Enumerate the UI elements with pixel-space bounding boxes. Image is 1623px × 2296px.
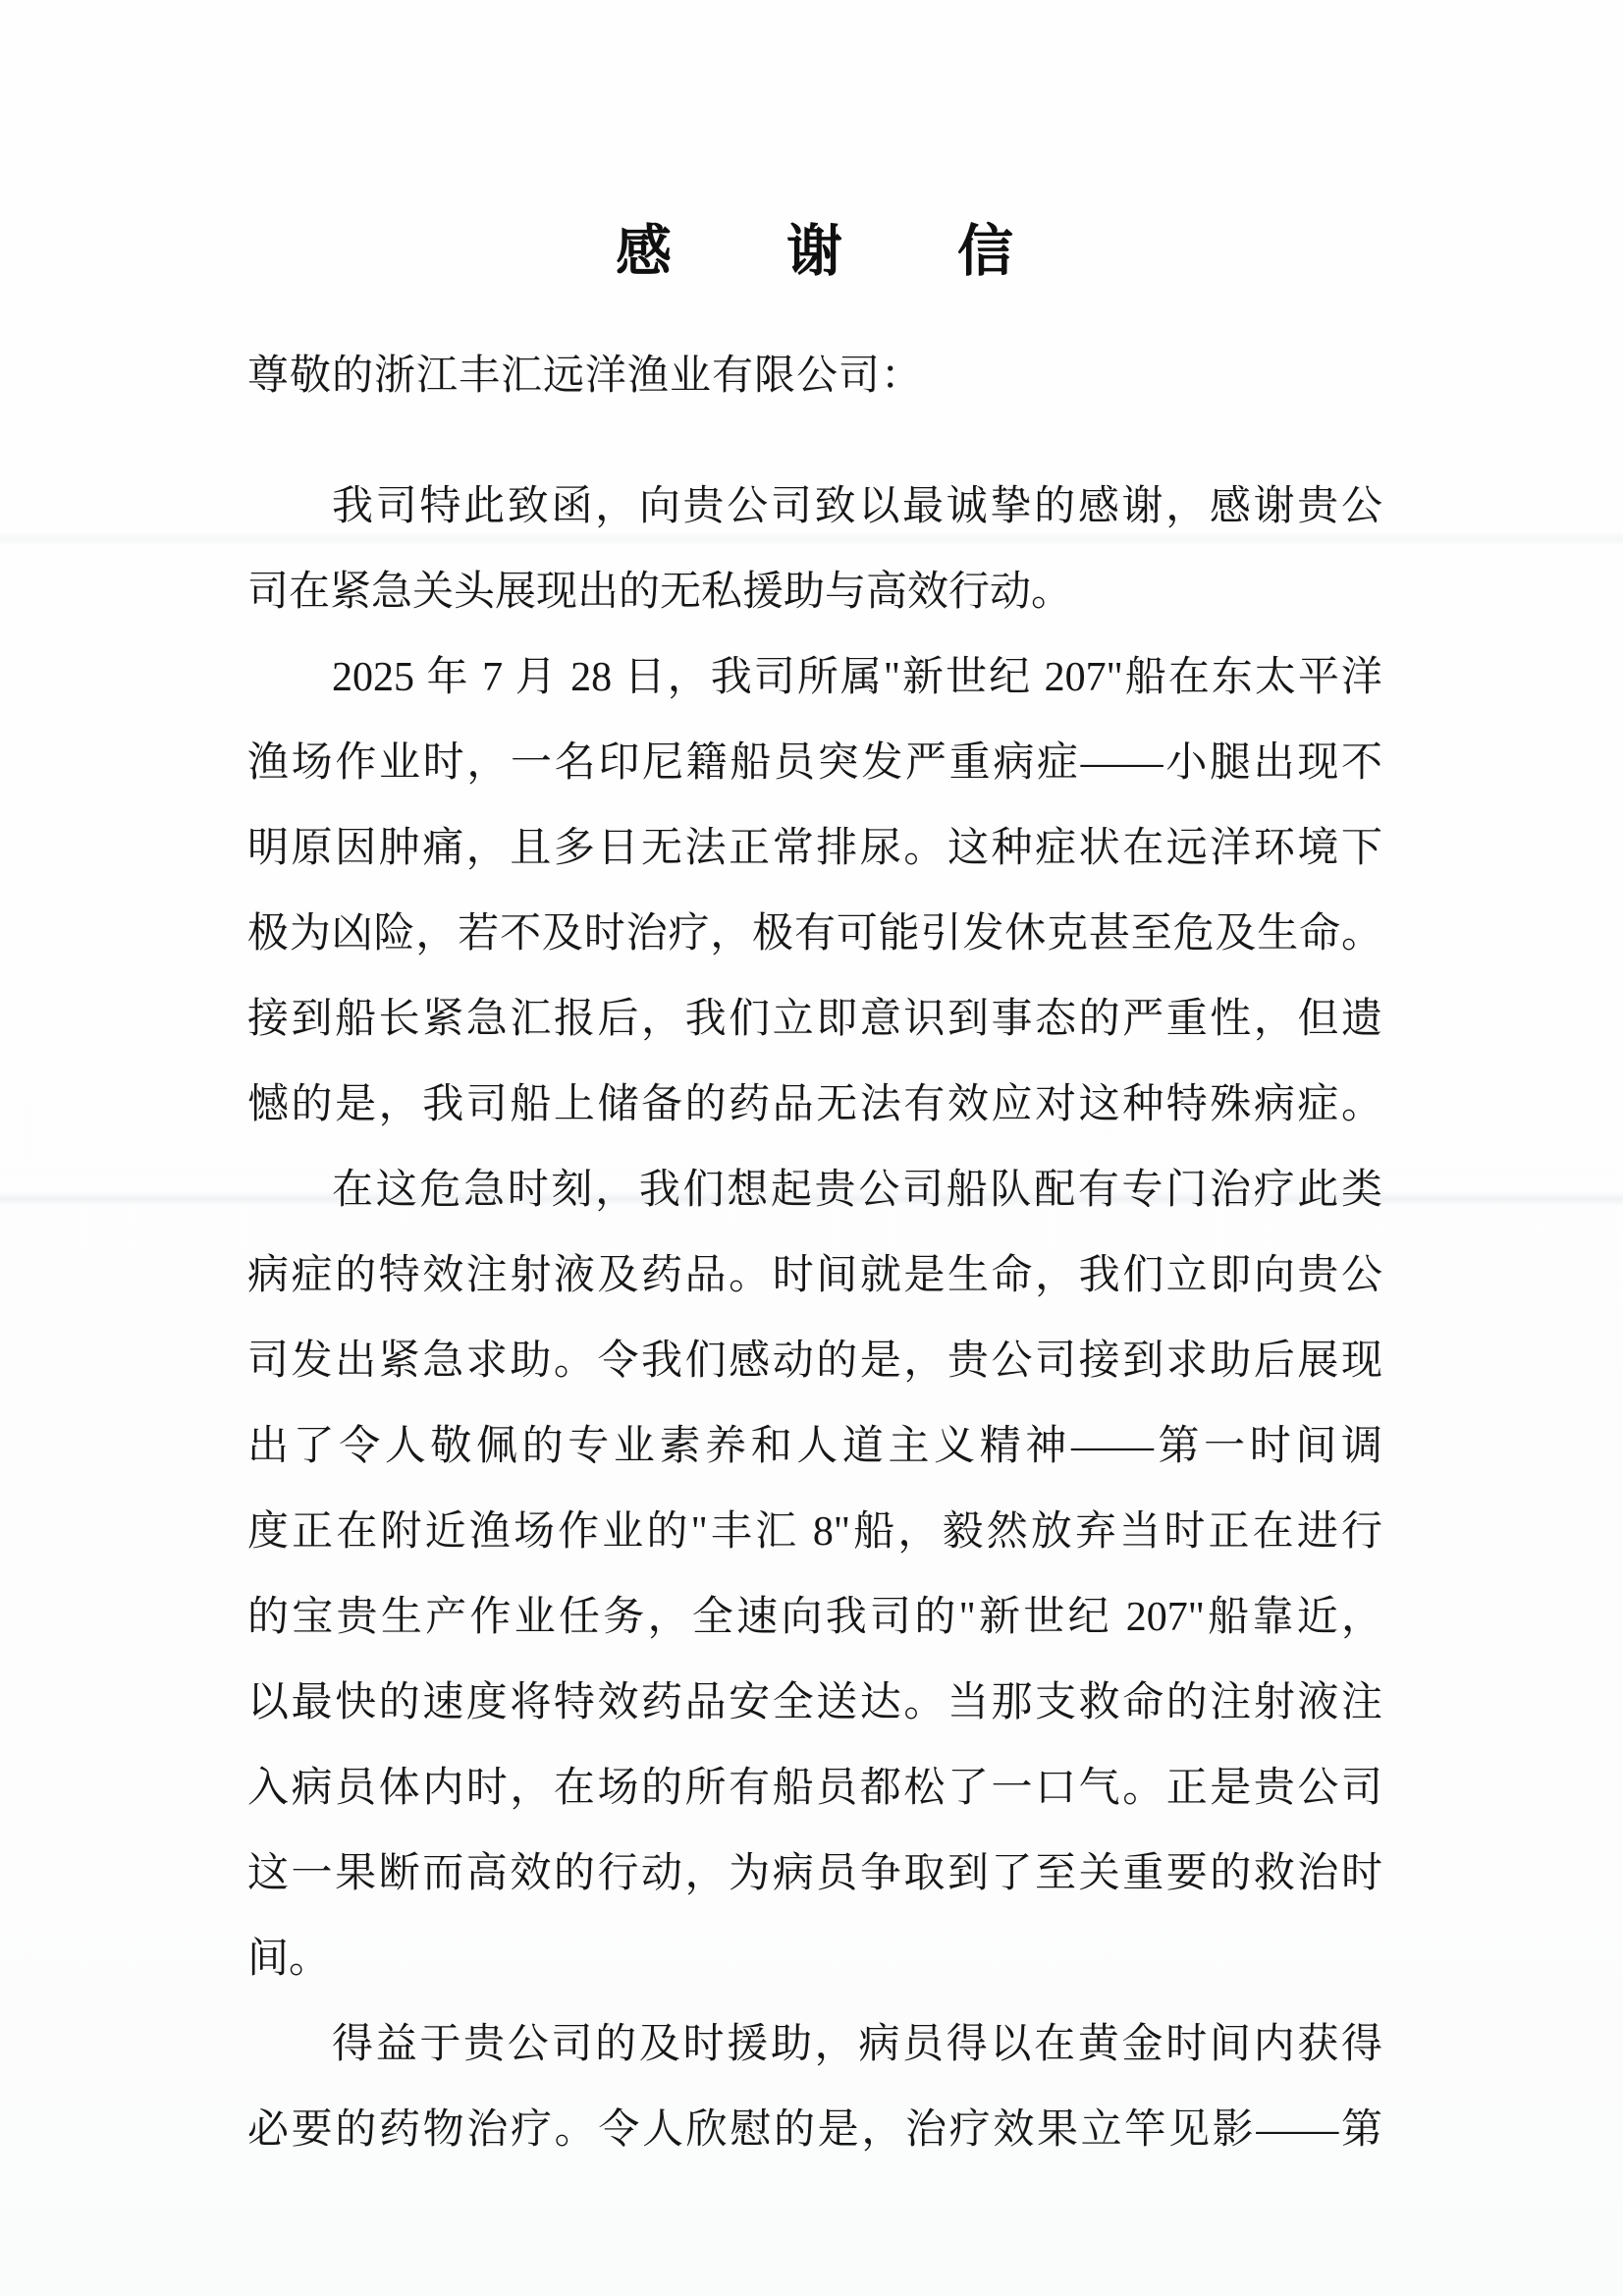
text-line: 病症的特效注射液及药品。时间就是生命，我们立即向贵公 — [247, 1233, 1382, 1319]
text-line: 极为凶险，若不及时治疗，极有可能引发休克甚至危及生命。 — [247, 892, 1382, 977]
scanned-letter-page: 感 谢 信 尊敬的浙江丰汇远洋渔业有限公司： 我司特此致函，向贵公司致以最诚挚的… — [0, 0, 1623, 2296]
paragraph: 在这危急时刻，我们想起贵公司船队配有专门治疗此类病症的特效注射液及药品。时间就是… — [247, 1148, 1382, 2002]
text-line: 间。 — [247, 1917, 1382, 2002]
text-line: 这一果断而高效的行动，为病员争取到了至关重要的救治时 — [247, 1831, 1382, 1917]
text-line: 接到船长紧急汇报后，我们立即意识到事态的严重性，但遗 — [247, 977, 1382, 1063]
text-line: 憾的是，我司船上储备的药品无法有效应对这种特殊病症。 — [247, 1063, 1382, 1148]
text-line: 度正在附近渔场作业的"丰汇 8"船，毅然放弃当时正在进行 — [247, 1490, 1382, 1575]
text-line: 得益于贵公司的及时援助，病员得以在黄金时间内获得 — [247, 2002, 1382, 2088]
paragraph: 我司特此致函，向贵公司致以最诚挚的感谢，感谢贵公司在紧急关头展现出的无私援助与高… — [247, 465, 1382, 635]
text-line: 司发出紧急求助。令我们感动的是，贵公司接到求助后展现 — [247, 1319, 1382, 1404]
text-line: 以最快的速度将特效药品安全送达。当那支救命的注射液注 — [247, 1661, 1382, 1746]
letter-salutation: 尊敬的浙江丰汇远洋渔业有限公司： — [247, 334, 1382, 419]
text-line: 我司特此致函，向贵公司致以最诚挚的感谢，感谢贵公 — [247, 465, 1382, 550]
letter-content: 感 谢 信 尊敬的浙江丰汇远洋渔业有限公司： 我司特此致函，向贵公司致以最诚挚的… — [247, 222, 1382, 2173]
paragraph: 得益于贵公司的及时援助，病员得以在黄金时间内获得必要的药物治疗。令人欣慰的是，治… — [247, 2002, 1382, 2173]
text-line: 出了令人敬佩的专业素养和人道主义精神——第一时间调 — [247, 1404, 1382, 1490]
letter-title: 感 谢 信 — [247, 222, 1382, 283]
text-line: 的宝贵生产作业任务，全速向我司的"新世纪 207"船靠近， — [247, 1575, 1382, 1661]
text-line: 明原因肿痛，且多日无法正常排尿。这种症状在远洋环境下 — [247, 806, 1382, 892]
text-line: 2025 年 7 月 28 日，我司所属"新世纪 207"船在东太平洋 — [247, 635, 1382, 721]
text-line: 渔场作业时，一名印尼籍船员突发严重病症——小腿出现不 — [247, 721, 1382, 806]
text-line: 必要的药物治疗。令人欣慰的是，治疗效果立竿见影——第 — [247, 2088, 1382, 2173]
text-line: 入病员体内时，在场的所有船员都松了一口气。正是贵公司 — [247, 1746, 1382, 1831]
paragraph: 2025 年 7 月 28 日，我司所属"新世纪 207"船在东太平洋渔场作业时… — [247, 635, 1382, 1148]
text-line: 在这危急时刻，我们想起贵公司船队配有专门治疗此类 — [247, 1148, 1382, 1233]
letter-body: 我司特此致函，向贵公司致以最诚挚的感谢，感谢贵公司在紧急关头展现出的无私援助与高… — [247, 465, 1382, 2173]
text-line: 司在紧急关头展现出的无私援助与高效行动。 — [247, 550, 1382, 635]
